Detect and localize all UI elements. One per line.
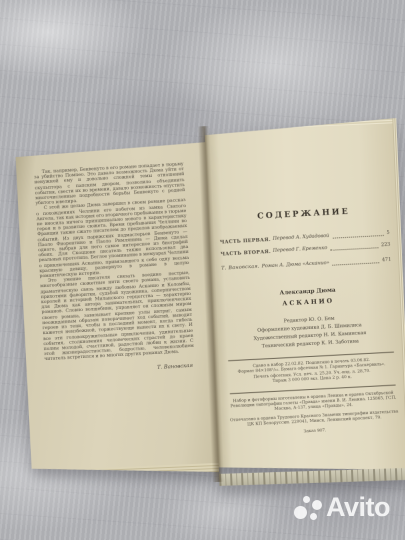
afterword-text: Так, например, Бенвенуто в его романе по… bbox=[34, 162, 195, 377]
toc-translator: Перевод А. Худадовой bbox=[273, 234, 330, 243]
afterword-paragraph: С этой же целью Дюма завершил в своем ро… bbox=[36, 198, 190, 279]
table-of-contents: ЧАСТЬ ПЕРВАЯ. Перевод А. Худадовой 5 ЧАС… bbox=[220, 231, 391, 273]
toc-afterword-author: Т. Вановская. bbox=[221, 264, 260, 272]
afterword-author-signature: Т. Вановская bbox=[45, 363, 195, 377]
afterword-paragraph: Это умение писателя связать воедино пест… bbox=[40, 271, 194, 362]
colophon-content: СОДЕРЖАНИЕ ЧАСТЬ ПЕРВАЯ. Перевод А. Худа… bbox=[214, 118, 400, 437]
right-page: СОДЕРЖАНИЕ ЧАСТЬ ПЕРВАЯ. Перевод А. Худа… bbox=[204, 118, 405, 478]
printing-info: Набор и фотоформы изготовлены в ордена Л… bbox=[228, 389, 400, 437]
contents-heading: СОДЕРЖАНИЕ bbox=[218, 204, 388, 223]
toc-entry-part-two: ЧАСТЬ ВТОРАЯ. Перевод Г. Еременко 223 bbox=[220, 242, 390, 257]
toc-part-label: ЧАСТЬ ПЕРВАЯ. bbox=[220, 237, 271, 246]
editorial-credits: Редактор Ю. О. Бем Оформление художника … bbox=[224, 313, 395, 354]
left-page: Так, например, Бенвенуто в его романе по… bbox=[15, 142, 219, 480]
toc-page-number: 5 bbox=[386, 231, 389, 237]
toc-page-number: 223 bbox=[381, 242, 390, 248]
open-book: Так, например, Бенвенуто в его романе по… bbox=[15, 118, 405, 494]
dot-leader bbox=[333, 261, 380, 265]
toc-afterword-title: Роман А. Дюма «Асканио» bbox=[262, 261, 330, 271]
imprint-block: Сдано в набор 22.02.82. Подписано в печа… bbox=[226, 355, 397, 385]
toc-page-number: 471 bbox=[382, 258, 391, 264]
cover-edge-pattern bbox=[219, 468, 405, 486]
dot-leader bbox=[332, 234, 383, 239]
toc-part-label: ЧАСТЬ ВТОРАЯ. bbox=[220, 248, 271, 257]
listing-photo: Так, например, Бенвенуто в его романе по… bbox=[0, 0, 405, 540]
toc-translator: Перевод Г. Еременко bbox=[273, 245, 328, 254]
avito-watermark: Avito bbox=[294, 492, 400, 530]
title-block: Александр Дюма АСКАНИО bbox=[223, 285, 394, 311]
avito-wordmark: Avito bbox=[326, 492, 390, 523]
avito-logo-icon bbox=[294, 496, 324, 526]
dot-leader bbox=[330, 246, 378, 251]
toc-entry-afterword: Т. Вановская. Роман А. Дюма «Асканио» 47… bbox=[221, 258, 391, 273]
